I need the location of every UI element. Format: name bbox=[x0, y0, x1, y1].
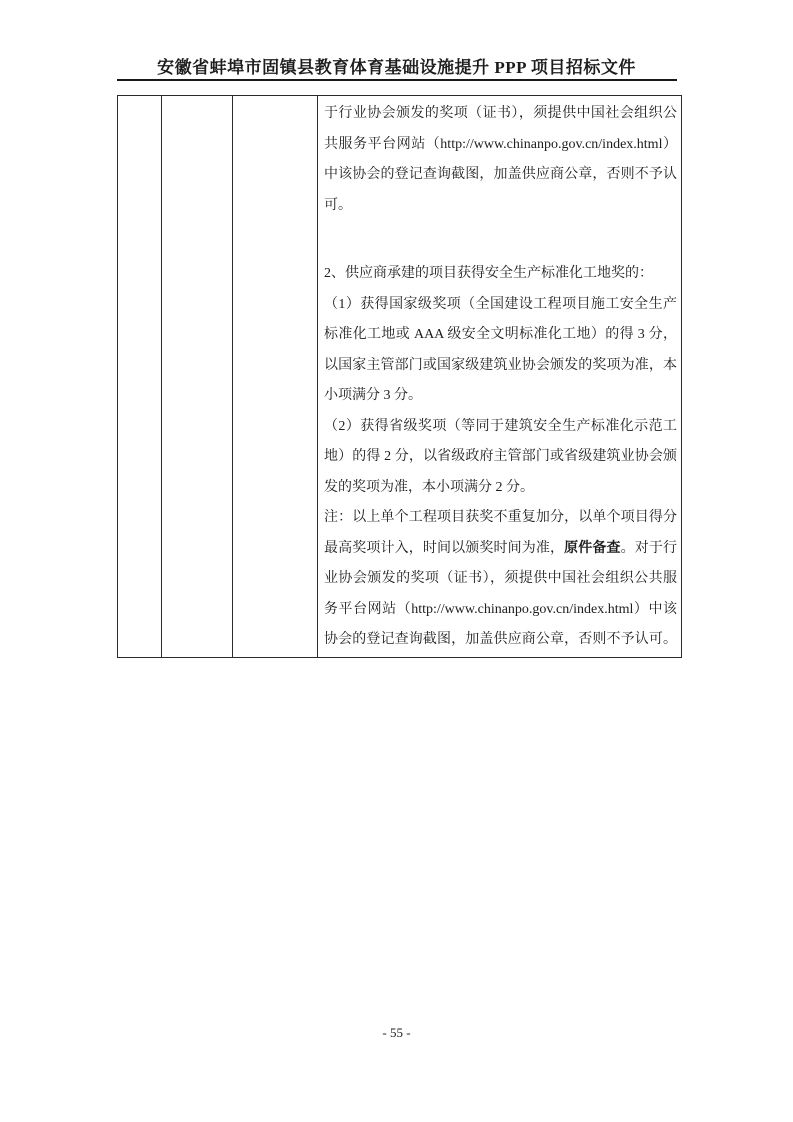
text-line: 标准化工地或 AAA 级安全文明标准化工地）的得 3 分， bbox=[324, 320, 677, 351]
page-number: - 55 - bbox=[382, 1025, 410, 1040]
table-empty-cell-1 bbox=[118, 96, 162, 657]
text-line: 注：以上单个工程项目获奖不重复加分，以单个项目得分 bbox=[324, 503, 677, 534]
document-page: 安徽省蚌埠市固镇县教育体育基础设施提升 PPP 项目招标文件 于行业协会颁发的奖… bbox=[0, 0, 793, 1122]
bold-emphasis: 原件备查 bbox=[564, 541, 621, 556]
text-line: 2、供应商承建的项目获得安全生产标准化工地奖的： bbox=[324, 259, 677, 290]
text-line: 共服务平台网站（http://www.chinanpo.gov.cn/index… bbox=[324, 130, 677, 161]
text-line: 小项满分 3 分。 bbox=[324, 381, 677, 412]
text-line: 务平台网站（http://www.chinanpo.gov.cn/index.h… bbox=[324, 595, 677, 626]
page-footer: - 55 - bbox=[0, 1025, 793, 1041]
blank-line bbox=[324, 221, 677, 259]
criteria-text-cell: 于行业协会颁发的奖项（证书），须提供中国社会组织公共服务平台网站（http://… bbox=[318, 96, 681, 657]
document-title: 安徽省蚌埠市固镇县教育体育基础设施提升 PPP 项目招标文件 bbox=[0, 53, 793, 78]
text-line: 发的奖项为准，本小项满分 2 分。 bbox=[324, 473, 677, 504]
header-rule bbox=[117, 79, 677, 81]
text-line: 业协会颁发的奖项（证书），须提供中国社会组织公共服 bbox=[324, 564, 677, 595]
table-empty-cell-2 bbox=[162, 96, 233, 657]
text-line: 地）的得 2 分，以省级政府主管部门或省级建筑业协会颁 bbox=[324, 442, 677, 473]
text-line: （2）获得省级奖项（等同于建筑安全生产标准化示范工 bbox=[324, 412, 677, 443]
table-empty-cell-3 bbox=[233, 96, 318, 657]
text-line: 以国家主管部门或国家级建筑业协会颁发的奖项为准，本 bbox=[324, 351, 677, 382]
text-line: 中该协会的登记查询截图，加盖供应商公章，否则不予认 bbox=[324, 160, 677, 191]
text-run: 。对于行 bbox=[621, 541, 677, 556]
scoring-table: 于行业协会颁发的奖项（证书），须提供中国社会组织公共服务平台网站（http://… bbox=[117, 95, 682, 658]
text-line: 于行业协会颁发的奖项（证书），须提供中国社会组织公 bbox=[324, 99, 677, 130]
text-line: 最高奖项计入，时间以颁奖时间为准，原件备查。对于行 bbox=[324, 534, 677, 565]
text-line: 协会的登记查询截图，加盖供应商公章，否则不予认可。 bbox=[324, 625, 677, 656]
text-run: 最高奖项计入，时间以颁奖时间为准， bbox=[324, 541, 564, 556]
text-line: 可。 bbox=[324, 191, 677, 222]
text-line: （1）获得国家级奖项（全国建设工程项目施工安全生产 bbox=[324, 290, 677, 321]
